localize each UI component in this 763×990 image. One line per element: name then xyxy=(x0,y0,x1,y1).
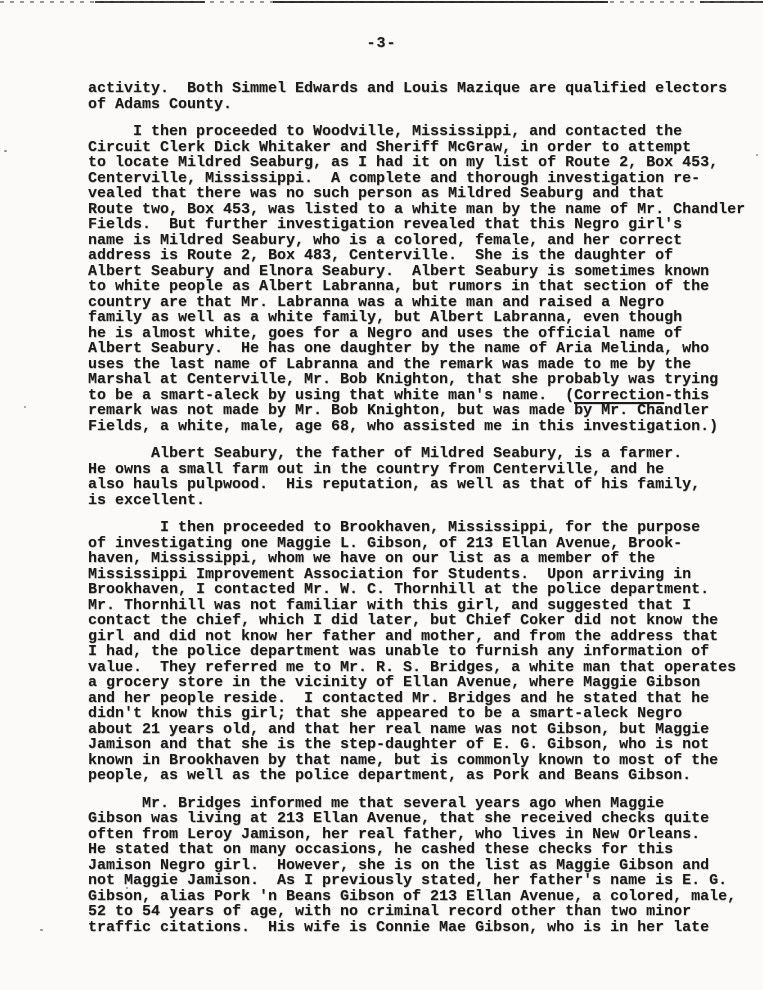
typed-line: Gibson was living at 213 Ellan Avenue, t… xyxy=(88,811,758,827)
typed-line: a grocery store in the vicinity of Ellan… xyxy=(88,675,758,691)
typed-line: to white people as Albert Labranna, but … xyxy=(88,279,758,295)
paragraph: I then proceeded to Brookhaven, Mississi… xyxy=(88,520,758,784)
page-number: -3- xyxy=(0,36,763,52)
typed-line: girl and did not know her father and mot… xyxy=(88,629,758,645)
paragraph: activity. Both Simmel Edwards and Louis … xyxy=(88,81,758,112)
typed-line: Marshal at Centerville, Mr. Bob Knighton… xyxy=(88,372,758,388)
typed-line: He owns a small farm out in the country … xyxy=(88,462,758,478)
typed-line: remark was not made by Mr. Bob Knighton,… xyxy=(88,403,758,419)
typed-line: about 21 years old, and that her real na… xyxy=(88,722,758,738)
typed-line: to locate Mildred Seaburg, as I had it o… xyxy=(88,155,758,171)
typed-line: Albert Seabury and Elnora Seabury. Alber… xyxy=(88,264,758,280)
paragraph: I then proceeded to Woodville, Mississip… xyxy=(88,124,758,434)
typed-line: contact the chief, which I did later, bu… xyxy=(88,613,758,629)
typed-line: address is Route 2, Box 483, Centerville… xyxy=(88,248,758,264)
scan-speck xyxy=(126,887,128,889)
typed-line: I then proceeded to Woodville, Mississip… xyxy=(88,124,758,140)
scan-artifact-top-edge xyxy=(0,0,763,5)
typed-line: uses the last name of Labranna and the r… xyxy=(88,357,758,373)
typed-line: to be a smart-aleck by using that white … xyxy=(88,388,758,404)
typed-line: haven, Mississippi, whom we have on our … xyxy=(88,551,758,567)
typed-line: traffic citations. His wife is Connie Ma… xyxy=(88,920,758,936)
typed-line: Jamison and that she is the step-daughte… xyxy=(88,737,758,753)
typed-line: is excellent. xyxy=(88,493,758,509)
typed-line: Centerville, Mississippi. A complete and… xyxy=(88,171,758,187)
typed-line: known in Brookhaven by that name, but is… xyxy=(88,753,758,769)
typed-line: He stated that on many occasions, he cas… xyxy=(88,842,758,858)
typed-line: Albert Seabury, the father of Mildred Se… xyxy=(88,446,758,462)
typed-line: often from Leroy Jamison, her real fathe… xyxy=(88,827,758,843)
typed-line: Mississippi Improvement Association for … xyxy=(88,567,758,583)
typed-line: country are that Mr. Labranna was a whit… xyxy=(88,295,758,311)
typed-line: not Maggie Jamison. As I previously stat… xyxy=(88,873,758,889)
typed-line: people, as well as the police department… xyxy=(88,768,758,784)
paragraph: Albert Seabury, the father of Mildred Se… xyxy=(88,446,758,508)
typed-line: and her people reside. I contacted Mr. B… xyxy=(88,691,758,707)
typed-line: Brookhaven, I contacted Mr. W. C. Thornh… xyxy=(88,582,758,598)
typed-line: value. They referred me to Mr. R. S. Bri… xyxy=(88,660,758,676)
scan-speck xyxy=(4,150,7,152)
typed-line: 52 to 54 years of age, with no criminal … xyxy=(88,904,758,920)
typed-line: Albert Seabury. He has one daughter by t… xyxy=(88,341,758,357)
typed-line: Circuit Clerk Dick Whitaker and Sheriff … xyxy=(88,140,758,156)
text-segment: to be a smart-aleck by using that white … xyxy=(88,387,574,404)
typed-line: Mr. Bridges informed me that several yea… xyxy=(88,796,758,812)
paragraph: Mr. Bridges informed me that several yea… xyxy=(88,796,758,936)
typed-line: Gibson, alias Pork 'n Beans Gibson of 21… xyxy=(88,889,758,905)
typed-line: vealed that there was no such person as … xyxy=(88,186,758,202)
typed-line: family as well as a white family, but Al… xyxy=(88,310,758,326)
typed-line: he is almost white, goes for a Negro and… xyxy=(88,326,758,342)
typed-line: Fields, a white, male, age 68, who assis… xyxy=(88,419,758,435)
scan-speck xyxy=(24,406,26,408)
typed-line: activity. Both Simmel Edwards and Louis … xyxy=(88,81,758,97)
typed-line: didn't know this girl; that she appeared… xyxy=(88,706,758,722)
typed-line: Fields. But further investigation reveal… xyxy=(88,217,758,233)
typed-line: name is Mildred Seabury, who is a colore… xyxy=(88,233,758,249)
typed-line: Mr. Thornhill was not familiar with this… xyxy=(88,598,758,614)
underlined-text: Correction xyxy=(574,387,664,404)
text-segment: -this xyxy=(664,387,709,404)
typed-line: I then proceeded to Brookhaven, Mississi… xyxy=(88,520,758,536)
scan-speck xyxy=(40,929,43,931)
scan-speck xyxy=(756,154,758,156)
document-page: -3- activity. Both Simmel Edwards and Lo… xyxy=(0,0,763,990)
typed-line: also hauls pulpwood. His reputation, as … xyxy=(88,477,758,493)
typed-line: of Adams County. xyxy=(88,97,758,113)
typed-line: Route two, Box 453, was listed to a whit… xyxy=(88,202,758,218)
typed-line: of investigating one Maggie L. Gibson, o… xyxy=(88,536,758,552)
typed-line: I had, the police department was unable … xyxy=(88,644,758,660)
typed-line: Jamison Negro girl. However, she is on t… xyxy=(88,858,758,874)
typed-text: activity. Both Simmel Edwards and Louis … xyxy=(88,81,758,947)
